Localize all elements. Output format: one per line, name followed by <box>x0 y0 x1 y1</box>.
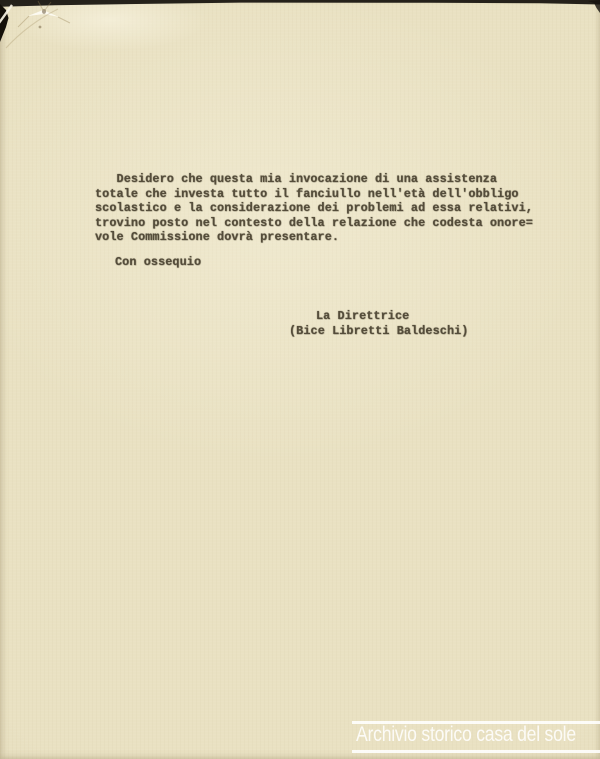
scanned-letter-page: Desidero che questa mia invocazione di u… <box>0 0 600 759</box>
scan-top-edge <box>0 0 600 7</box>
letter-line: totale che investa tutto il fanciullo ne… <box>95 187 533 202</box>
scan-corner-top-right <box>588 0 600 13</box>
letter-closing: Con ossequio <box>115 255 201 270</box>
watermark-rule-bottom <box>352 750 600 753</box>
letter-line: trovino posto nel contesto della relazio… <box>95 216 533 231</box>
fold-crease <box>6 9 58 48</box>
archive-watermark: Archivio storico casa del sole <box>352 721 600 753</box>
scan-corner-top-left <box>0 4 9 42</box>
watermark-text: Archivio storico casa del sole <box>356 723 576 747</box>
letter-line: vole Commissione dovrà presentare. <box>95 230 533 245</box>
letter-line: scolastico e la considerazione dei probl… <box>95 201 533 216</box>
scan-edge-artifacts <box>0 0 600 90</box>
signature-role: La Direttrice <box>316 309 409 324</box>
letter-line: Desidero che questa mia invocazione di u… <box>95 172 533 187</box>
paper-fastener-mark <box>18 1 70 28</box>
signature-name: (Bice Libretti Baldeschi) <box>289 324 468 339</box>
letter-body: Desidero che questa mia invocazione di u… <box>95 172 533 245</box>
paper-edge-streak <box>0 5 12 23</box>
